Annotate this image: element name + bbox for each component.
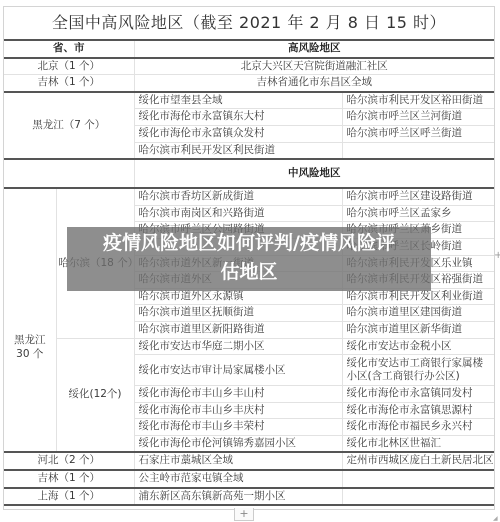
area-cell[interactable]: 绥化市北林区世福汇 [342, 435, 494, 452]
area-cell[interactable]: 哈尔滨市利民开发区利民街道 [134, 142, 342, 159]
table-row[interactable]: 吉林（1 个） 吉林省通化市东昌区全域 [4, 75, 494, 92]
table-row[interactable]: 黑龙江（7 个） 绥化市望奎县全域 哈尔滨市利民开发区裕田街道 [4, 92, 494, 109]
area-cell[interactable]: 绥化市海伦市丰山乡丰山村 [134, 386, 342, 403]
area-cell[interactable]: 绥化市安达市金税小区 [342, 338, 494, 355]
area-cell[interactable]: 哈尔滨市呼兰区兰河街道 [342, 109, 494, 126]
area-cell[interactable]: 绥化市安达市审计局家属楼小区 [134, 355, 342, 386]
area-cell[interactable]: 哈尔滨市呼兰区孟家乡 [342, 205, 494, 222]
table-row[interactable]: 黑龙江 30 个 哈尔滨（18 个） 哈尔滨市香坊区新成街道 哈尔滨市呼兰区建设… [4, 188, 494, 205]
area-cell[interactable]: 哈尔滨市呼兰区呼兰街道 [342, 125, 494, 142]
province-cell[interactable]: 北京（1 个） [4, 58, 134, 75]
area-cell[interactable]: 绥化市安达市工商银行家属楼小区(含工商银行办公区) [342, 355, 494, 386]
area-cell[interactable]: 哈尔滨市利民开发区裕田街道 [342, 92, 494, 109]
section-row-mid-risk: 中风险地区 [4, 159, 494, 188]
province-cell[interactable]: 吉林（1 个） [4, 75, 134, 92]
province-cell[interactable]: 吉林（1 个） [4, 470, 134, 488]
sheet-title: 全国中高风险地区（截至 2021 年 2 月 8 日 15 时） [4, 7, 494, 38]
table-row[interactable]: 绥化(12个) 绥化市安达市华庭二期小区 绥化市安达市金税小区 [4, 338, 494, 355]
city-cell[interactable]: 绥化(12个) [56, 338, 134, 452]
area-cell[interactable]: 哈尔滨市道里区新华街道 [342, 321, 494, 338]
province-cell[interactable]: 黑龙江 30 个 [4, 188, 56, 452]
area-cell[interactable] [342, 488, 494, 506]
area-cell[interactable]: 公主岭市范家屯镇全域 [134, 470, 342, 488]
caption-text: 疫情风险地区如何评判/疫情风险评 估地区 [67, 229, 431, 287]
area-cell[interactable]: 绥化市海伦市丰山乡丰荣村 [134, 419, 342, 436]
area-cell[interactable]: 哈尔滨市道里区新阳路街道 [134, 321, 342, 338]
area-cell[interactable]: 哈尔滨市香坊区新成街道 [134, 188, 342, 205]
header-high-risk: 高风险地区 [134, 40, 494, 58]
area-cell[interactable]: 哈尔滨市呼兰区建设路街道 [342, 188, 494, 205]
header-row: 省、市 高风险地区 [4, 40, 494, 58]
header-mid-risk: 中风险地区 [134, 159, 494, 188]
area-cell[interactable] [342, 470, 494, 488]
area-cell[interactable]: 绥化市海伦市永富镇思源村 [342, 402, 494, 419]
area-cell[interactable]: 北京大兴区天宫院街道融汇社区 [134, 58, 494, 75]
area-cell[interactable]: 绥化市海伦市永富镇东大村 [134, 109, 342, 126]
area-cell[interactable]: 绥化市安达市华庭二期小区 [134, 338, 342, 355]
area-cell[interactable]: 绥化市海伦市丰山乡丰庆村 [134, 402, 342, 419]
table-row[interactable]: 北京（1 个） 北京大兴区天宫院街道融汇社区 [4, 58, 494, 75]
area-cell[interactable]: 哈尔滨市道里区建国街道 [342, 305, 494, 322]
area-cell[interactable]: 浦东新区高东镇新高苑一期小区 [134, 488, 342, 506]
header-province: 省、市 [4, 40, 134, 58]
province-cell[interactable]: 黑龙江（7 个） [4, 92, 134, 159]
area-cell[interactable]: 绥化市海伦市伦河镇锦秀嘉园小区 [134, 435, 342, 452]
add-sheet-button[interactable]: + [234, 508, 254, 521]
area-cell[interactable]: 定州市西城区庞白土新民居北区 [342, 452, 494, 470]
area-cell[interactable]: 绥化市海伦市永富镇同发村 [342, 386, 494, 403]
province-cell[interactable]: 上海（1 个） [4, 488, 134, 506]
blank-cell [4, 159, 134, 188]
resize-corner-icon[interactable]: ◢ [493, 515, 498, 522]
area-cell[interactable] [342, 142, 494, 159]
table-row[interactable]: 河北（2 个） 石家庄市藁城区全域 定州市西城区庞白土新民居北区 [4, 452, 494, 470]
area-cell[interactable]: 哈尔滨市南岗区和兴路街道 [134, 205, 342, 222]
caption-line-2: 估地区 [67, 258, 431, 287]
table-row[interactable]: 上海（1 个） 浦东新区高东镇新高苑一期小区 [4, 488, 494, 506]
area-cell[interactable]: 吉林省通化市东昌区全域 [134, 75, 494, 92]
area-cell[interactable]: 绥化市海伦市永富镇众发村 [134, 125, 342, 142]
area-cell[interactable]: 哈尔滨市道里区抚顺街道 [134, 305, 342, 322]
table-row[interactable]: 吉林（1 个） 公主岭市范家屯镇全域 [4, 470, 494, 488]
caption-line-1: 疫情风险地区如何评判/疫情风险评 [67, 229, 431, 258]
area-cell[interactable]: 绥化市海伦市福民乡永兴村 [342, 419, 494, 436]
province-cell[interactable]: 河北（2 个） [4, 452, 134, 470]
expand-plus-icon[interactable]: + [494, 250, 500, 261]
area-cell[interactable]: 石家庄市藁城区全域 [134, 452, 342, 470]
area-cell[interactable]: 绥化市望奎县全域 [134, 92, 342, 109]
